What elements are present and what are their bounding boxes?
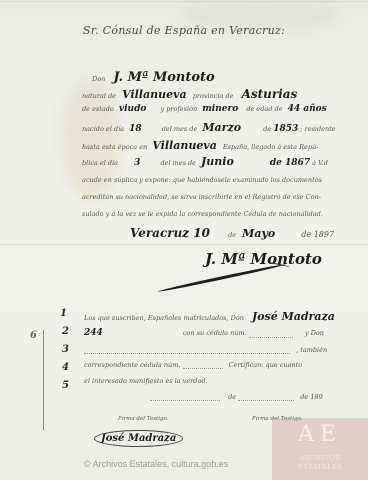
llegada-mes: Junio bbox=[201, 155, 234, 168]
certifican-label: Certifican: que cuanto bbox=[229, 361, 303, 369]
archivos-estatales-logo: AE ARCHIVOS ESTATALES bbox=[272, 418, 368, 480]
date-year: de 1897 bbox=[301, 230, 334, 239]
logo-line2: ESTATALES bbox=[272, 463, 368, 471]
don-label: Don bbox=[92, 75, 105, 83]
petition-line-don: Don J. Mª Montoto bbox=[92, 70, 215, 85]
petition-paragraph-line1: acude en súplica y expone: que habiéndos… bbox=[82, 176, 322, 184]
logo-line1: ARCHIVOS bbox=[272, 454, 368, 462]
petition-line-estado: de estado viudo y profesión minero de ed… bbox=[82, 104, 327, 114]
y-don-label: y Don bbox=[305, 329, 324, 337]
applicant-name: J. Mª Montoto bbox=[113, 70, 214, 85]
blank-field bbox=[183, 368, 223, 369]
petition-place-date: Veracruz 10 de Mayo de 1897 bbox=[130, 226, 334, 240]
profesion-label: y profesión bbox=[160, 105, 197, 113]
place-date: Veracruz 10 bbox=[130, 226, 210, 240]
margin-mark: 3 bbox=[62, 344, 69, 355]
tambien-label: , también bbox=[296, 346, 327, 354]
petition-paragraph-line2: acreditan su nacionalidad, se sirva insc… bbox=[82, 193, 321, 201]
copyright-notice: © Archivos Estatales, cultura.gob.es bbox=[84, 459, 228, 469]
witness-line2: 244 con su cédula núm. y Don bbox=[84, 328, 324, 338]
edad-label: de edad de bbox=[246, 105, 282, 113]
applicant-signature: J. Mª Montoto bbox=[205, 250, 322, 268]
llegada-mes-label: del mes de bbox=[160, 159, 196, 167]
espana-label: España, llegado á esta Repú- bbox=[223, 143, 318, 151]
margin-mark: 6 bbox=[30, 330, 37, 341]
blank-field bbox=[84, 353, 290, 354]
cedula-label: con su cédula núm. bbox=[183, 329, 247, 337]
estado-value: viudo bbox=[119, 104, 147, 114]
blank-field bbox=[150, 400, 220, 401]
blank-field bbox=[249, 337, 293, 338]
edad-value: 44 años bbox=[288, 104, 327, 114]
profesion-value: minero bbox=[202, 104, 238, 114]
witness1-cedula: 244 bbox=[84, 328, 103, 338]
firma-testigo-1: Firma del Testigo. bbox=[118, 416, 169, 422]
residente-label: ; residente bbox=[300, 125, 335, 133]
logo-ae: AE bbox=[278, 422, 362, 447]
vd-label: á V.d bbox=[312, 159, 328, 167]
margin-mark: 4 bbox=[62, 362, 69, 373]
petition-line-natural: natural de Villanueva provincia de Astur… bbox=[82, 87, 297, 101]
margin-rule bbox=[43, 330, 44, 430]
witness-date-year: de 189 bbox=[300, 393, 322, 401]
date-de: de bbox=[228, 231, 236, 239]
witness-date-de: de bbox=[228, 393, 236, 401]
petition-line-llegada: blica el día 3 del mes de Junio de 1867 … bbox=[82, 155, 328, 168]
paper-fold bbox=[0, 0, 368, 3]
petition-line-hasta: hasta esta época en Villanueva España, l… bbox=[82, 139, 318, 152]
llegada-dia: 3 bbox=[134, 158, 140, 168]
nacido-label: nacido el día bbox=[82, 125, 124, 133]
hasta-label: hasta esta época en bbox=[82, 143, 147, 151]
nacido-mes: Marzo bbox=[202, 121, 241, 134]
natural-label: natural de bbox=[82, 92, 116, 100]
margin-mark: 2 bbox=[62, 326, 69, 337]
margin-mark: 1 bbox=[60, 308, 67, 319]
blica-label: blica el día bbox=[82, 159, 118, 167]
witness-line3: , también bbox=[84, 346, 327, 354]
margin-mark: 5 bbox=[62, 380, 69, 391]
witness-line4: correspondiente cédula núm. Certifican: … bbox=[84, 361, 302, 369]
witness-signature: José Madraza bbox=[94, 430, 183, 447]
natural-value: Villanueva bbox=[122, 88, 187, 101]
document-title: Sr. Cónsul de España en Veracruz: bbox=[0, 24, 368, 37]
mes-label: del mes de bbox=[162, 125, 198, 133]
cedula2-label: correspondiente cédula núm. bbox=[84, 361, 180, 369]
petition-paragraph-line3: sulado y á la vez se le expida la corres… bbox=[82, 210, 323, 218]
witness-line1: Los que suscriben, Españoles matriculado… bbox=[84, 310, 335, 323]
de-label: de bbox=[263, 125, 271, 133]
estado-label: de estado bbox=[82, 105, 114, 113]
llegada-anio: de 1867 bbox=[270, 158, 310, 168]
witness-prefix: Los que suscriben, Españoles matriculado… bbox=[84, 314, 244, 322]
provincia-label: provincia de bbox=[193, 92, 234, 100]
witness1-name: José Madraza bbox=[252, 310, 335, 323]
blank-field bbox=[238, 400, 294, 401]
date-month: Mayo bbox=[242, 227, 275, 240]
paper-fold bbox=[0, 243, 368, 246]
hasta-lugar: Villanueva bbox=[152, 139, 217, 152]
provincia-value: Asturias bbox=[242, 87, 298, 101]
nacido-anio: 1853 bbox=[273, 124, 298, 134]
petition-line-nacido: nacido el día 18 del mes de Marzo de 185… bbox=[82, 121, 336, 134]
witness-date-line: de de 189 bbox=[150, 393, 323, 401]
witness-line5: el interesado manifiesta es la verdad. bbox=[84, 377, 208, 385]
nacido-dia: 18 bbox=[129, 124, 142, 134]
